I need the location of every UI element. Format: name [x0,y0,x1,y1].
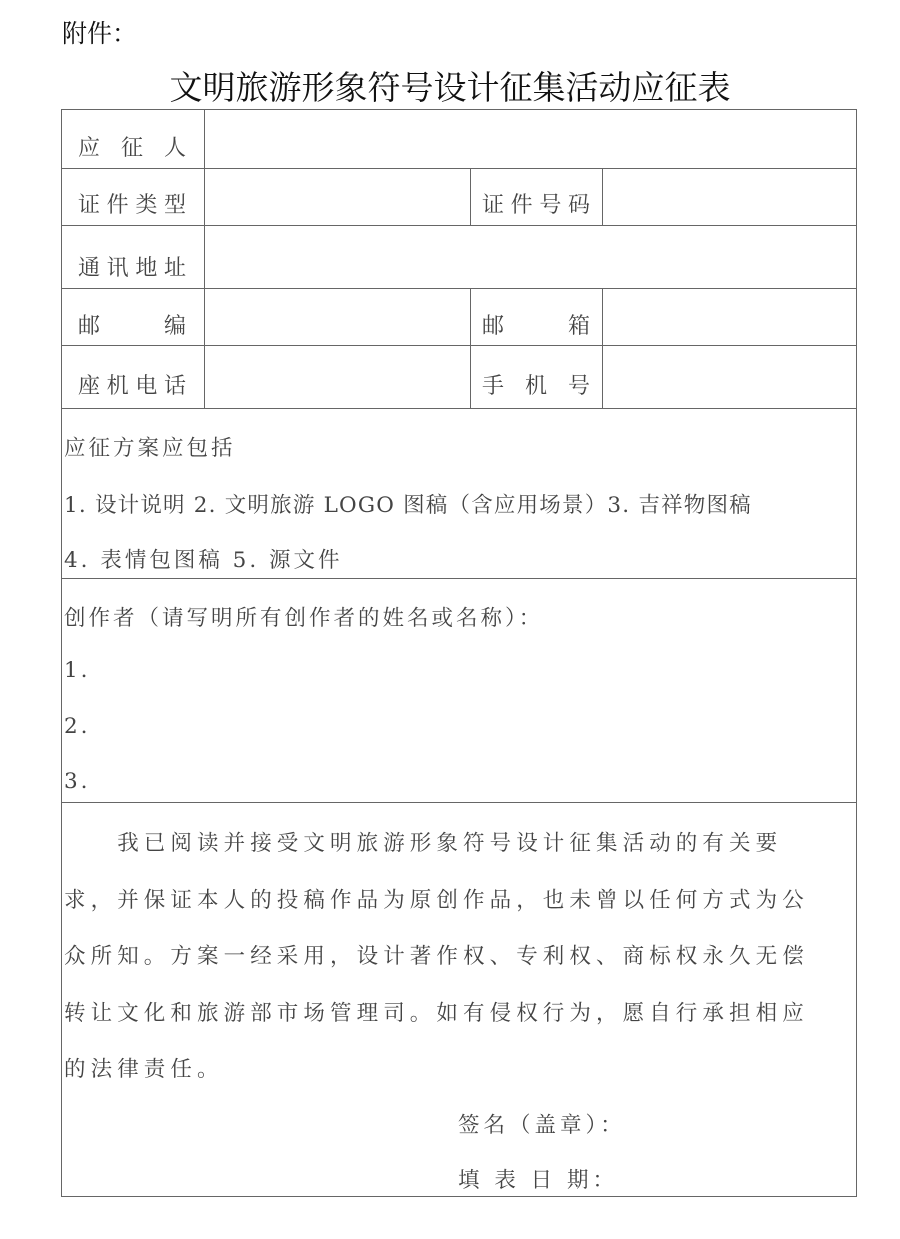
creator-item-1[interactable]: 1. [64,658,91,683]
label-address: 通 讯 地 址 [78,250,186,282]
label-mobile: 手 机 号 [482,368,590,400]
label-email: 邮 箱 [482,308,590,340]
row-divider [62,225,856,226]
declaration-line-4: 转让文化和旅游部市场管理司。如有侵权行为，愿自行承担相应 [64,996,856,1027]
applicant-field[interactable] [206,110,856,167]
email-field[interactable] [604,290,856,344]
requirements-heading: 应征方案应包括 [64,431,236,462]
column-divider [470,168,471,225]
requirements-line-2: 4. 表情包图稿 5. 源文件 [64,543,343,574]
page-title: 文明旅游形象符号设计征集活动应征表 [0,62,900,109]
row-divider [62,578,856,579]
fill-date-label[interactable]: 填 表 日 期： [458,1163,618,1194]
address-field[interactable] [206,227,856,287]
row-divider [62,168,856,169]
declaration-line-1: 我已阅读并接受文明旅游形象符号设计征集活动的有关要 [64,826,856,857]
mobile-field[interactable] [604,347,856,407]
row-divider [62,345,856,346]
declaration-line-3: 众所知。方案一经采用，设计著作权、专利权、商标权永久无偿 [64,939,856,970]
signature-label[interactable]: 签名（盖章）： [458,1108,626,1139]
column-divider [602,168,603,225]
declaration-line-2: 求，并保证本人的投稿作品为原创作品，也未曾以任何方式为公 [64,883,856,914]
id-number-field[interactable] [604,170,856,224]
row-divider [62,408,856,409]
label-id-type: 证 件 类 型 [78,187,186,219]
row-divider [62,802,856,803]
requirements-line-1: 1. 设计说明 2. 文明旅游 LOGO 图稿（含应用场景）3. 吉祥物图稿 [64,488,752,519]
creator-item-2[interactable]: 2. [64,714,91,739]
label-applicant: 应 征 人 [78,130,186,162]
column-divider [204,110,205,408]
row-divider [62,288,856,289]
application-form-table: 应 征 人 证 件 类 型 证 件 号 码 通 讯 地 址 邮 编 邮 箱 座 … [61,109,857,1197]
label-id-number: 证 件 号 码 [482,187,590,219]
creator-item-3[interactable]: 3. [64,769,91,794]
postcode-field[interactable] [206,290,469,344]
label-landline: 座 机 电 话 [78,368,186,400]
column-divider [602,288,603,408]
column-divider [470,288,471,408]
landline-field[interactable] [206,347,469,407]
creators-heading: 创作者（请写明所有创作者的姓名或名称）： [64,601,543,632]
declaration-line-5: 的法律责任。 [64,1052,856,1083]
id-type-field[interactable] [206,170,469,224]
attachment-label: 附件： [62,14,137,50]
label-postcode: 邮 编 [78,308,186,340]
